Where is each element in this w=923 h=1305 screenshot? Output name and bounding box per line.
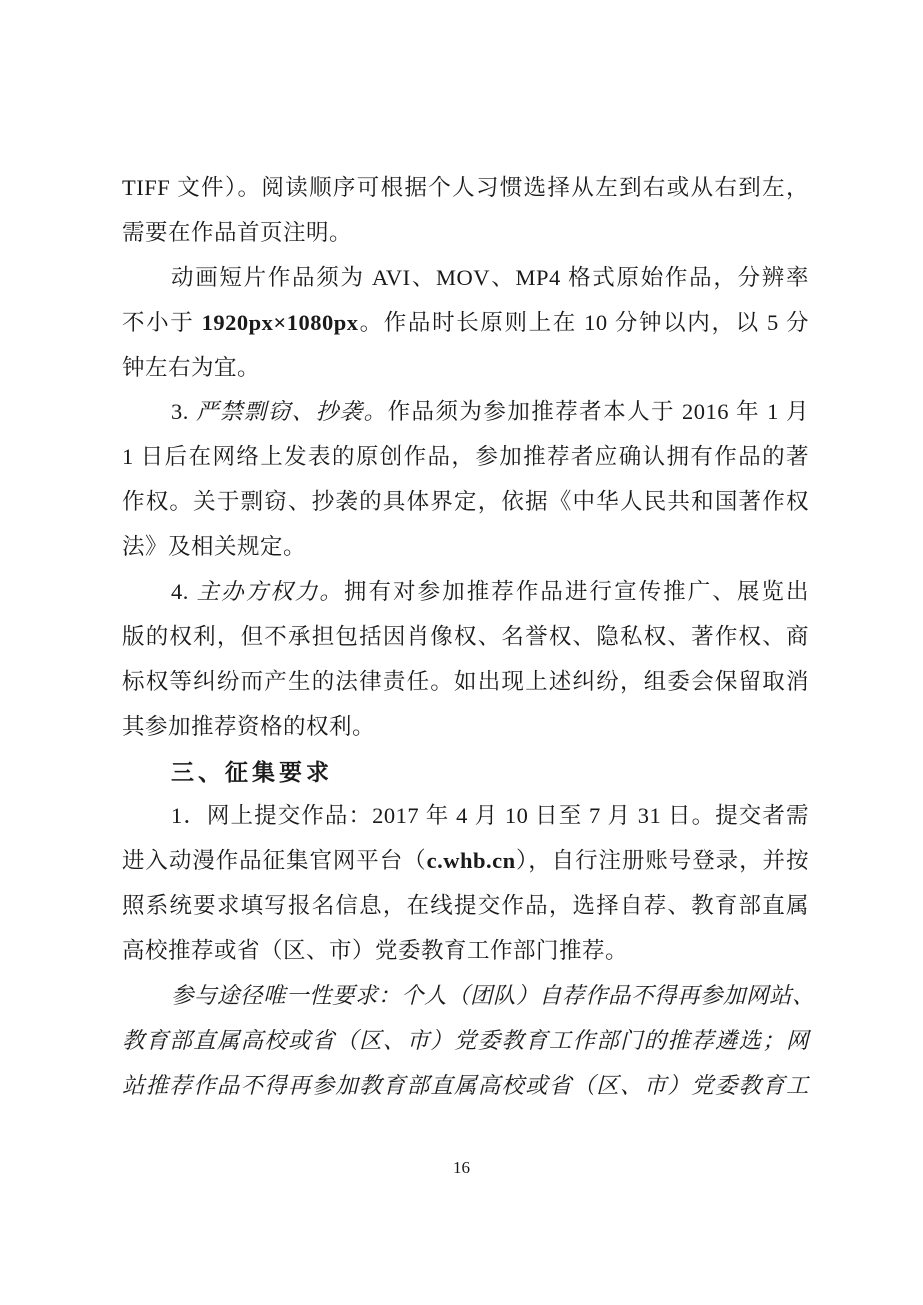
text-line: 其参加推荐资格的权利。 xyxy=(122,705,809,750)
text-segment: 教育部直属高校或省（区、市）党委教育工作部门的推荐遴选；网 xyxy=(122,1028,809,1053)
text-line: 标权等纠纷而产生的法律责任。如出现上述纠纷，组委会保留取消 xyxy=(122,660,809,705)
text-line: 版的权利，但不承担包括因肖像权、名誉权、隐私权、著作权、商 xyxy=(122,615,809,660)
text-segment: 版的权利，但不承担包括因肖像权、名誉权、隐私权、著作权、商 xyxy=(122,624,809,649)
text-segment: ），自行注册账号登录，并按 xyxy=(516,848,809,873)
text-segment: 不小于 xyxy=(122,310,202,335)
text-line: 4. 主办方权力。拥有对参加推荐作品进行宣传推广、展览出 xyxy=(122,570,809,615)
text-segment: TIFF 文件）。阅读顺序可根据个人习惯选择从左到右或从右到左， xyxy=(122,175,809,200)
text-segment: 1920px×1080px xyxy=(202,310,359,335)
text-segment: 拥有对参加推荐作品进行宣传推广、展览出 xyxy=(344,579,809,604)
text-segment: 站推荐作品不得再参加教育部直属高校或省（区、市）党委教育工 xyxy=(122,1073,809,1098)
text-line: TIFF 文件）。阅读顺序可根据个人习惯选择从左到右或从右到左， xyxy=(122,166,809,211)
text-segment: 1 日后在网络上发表的原创作品，参加推荐者应确认拥有作品的著 xyxy=(122,444,809,469)
section-heading: 三、征集要求 xyxy=(122,750,809,795)
text-segment: 3. xyxy=(171,399,196,424)
text-segment: 严禁剽窃、抄袭。 xyxy=(196,399,388,424)
text-line: 参与途径唯一性要求：个人（团队）自荐作品不得再参加网站、 xyxy=(122,974,809,1019)
text-segment: 三、征集要求 xyxy=(171,759,333,785)
text-segment: 法》及相关规定。 xyxy=(122,534,306,559)
text-segment: 4. xyxy=(171,579,197,604)
text-segment: 作权。关于剽窃、抄袭的具体界定，依据《中华人民共和国著作权 xyxy=(122,489,809,514)
text-line: 1．网上提交作品：2017 年 4 月 10 日至 7 月 31 日。提交者需 xyxy=(122,794,809,839)
text-line: 法》及相关规定。 xyxy=(122,525,809,570)
text-line: 高校推荐或省（区、市）党委教育工作部门推荐。 xyxy=(122,929,809,974)
text-line: 钟左右为宜。 xyxy=(122,346,809,391)
text-segment: 。作品时长原则上在 10 分钟以内，以 5 分 xyxy=(359,310,809,335)
text-line: 站推荐作品不得再参加教育部直属高校或省（区、市）党委教育工 xyxy=(122,1064,809,1109)
text-line: 不小于 1920px×1080px。作品时长原则上在 10 分钟以内，以 5 分 xyxy=(122,301,809,346)
text-segment: 其参加推荐资格的权利。 xyxy=(122,714,375,739)
text-segment: 照系统要求填写报名信息，在线提交作品，选择自荐、教育部直属 xyxy=(122,893,809,918)
text-line: 1 日后在网络上发表的原创作品，参加推荐者应确认拥有作品的著 xyxy=(122,435,809,480)
text-segment: 需要在作品首页注明。 xyxy=(122,220,352,245)
text-segment: 进入动漫作品征集官网平台（ xyxy=(122,848,427,873)
text-line: 动画短片作品须为 AVI、MOV、MP4 格式原始作品，分辨率 xyxy=(122,256,809,301)
text-segment: 高校推荐或省（区、市）党委教育工作部门推荐。 xyxy=(122,938,628,963)
text-line: 需要在作品首页注明。 xyxy=(122,211,809,256)
text-segment: 1．网上提交作品：2017 年 4 月 10 日至 7 月 31 日。提交者需 xyxy=(171,803,809,828)
document-page: TIFF 文件）。阅读顺序可根据个人习惯选择从左到右或从右到左，需要在作品首页注… xyxy=(0,0,923,1305)
text-line: 照系统要求填写报名信息，在线提交作品，选择自荐、教育部直属 xyxy=(122,884,809,929)
text-line: 教育部直属高校或省（区、市）党委教育工作部门的推荐遴选；网 xyxy=(122,1019,809,1064)
text-segment: 动画短片作品须为 AVI、MOV、MP4 格式原始作品，分辨率 xyxy=(171,265,809,290)
text-line: 作权。关于剽窃、抄袭的具体界定，依据《中华人民共和国著作权 xyxy=(122,480,809,525)
page-number: 16 xyxy=(0,1156,923,1180)
text-segment: 钟左右为宜。 xyxy=(122,355,260,380)
text-line: 进入动漫作品征集官网平台（c.whb.cn），自行注册账号登录，并按 xyxy=(122,839,809,884)
text-segment: 标权等纠纷而产生的法律责任。如出现上述纠纷，组委会保留取消 xyxy=(122,669,809,694)
text-segment: 主办方权力。 xyxy=(197,579,344,604)
text-block: TIFF 文件）。阅读顺序可根据个人习惯选择从左到右或从右到左，需要在作品首页注… xyxy=(122,166,809,1109)
text-segment: 参与途径唯一性要求：个人（团队）自荐作品不得再参加网站、 xyxy=(171,983,815,1008)
text-segment: 作品须为参加推荐者本人于 2016 年 1 月 xyxy=(388,399,809,424)
text-segment: c.whb.cn xyxy=(427,848,516,873)
text-line: 3. 严禁剽窃、抄袭。作品须为参加推荐者本人于 2016 年 1 月 xyxy=(122,390,809,435)
